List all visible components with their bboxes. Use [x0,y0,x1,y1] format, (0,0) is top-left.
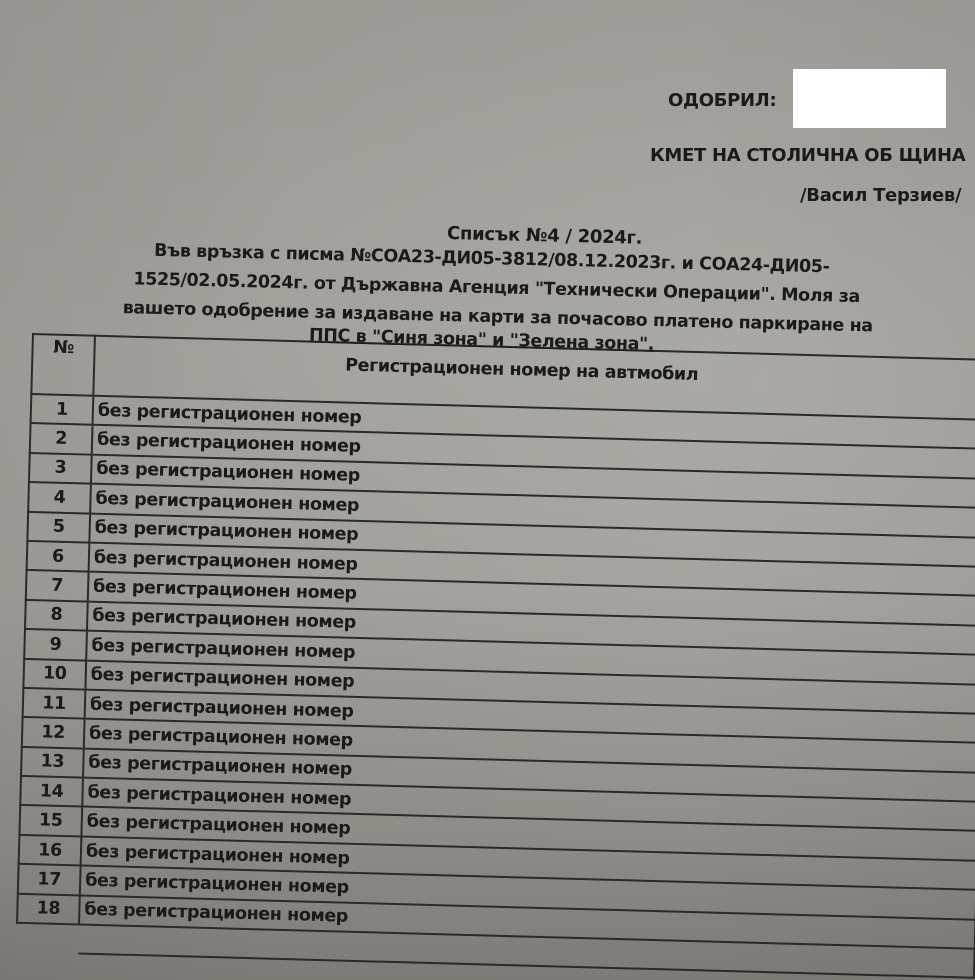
column-header-number: № [31,334,95,396]
row-number: 8 [25,600,88,631]
mayor-title: КМЕТ НА СТОЛИЧНА ОБ ЩИНА [650,145,965,166]
row-number: 3 [29,453,92,484]
row-number: 5 [27,512,90,543]
blank-cell [16,923,79,954]
row-number: 16 [19,835,82,866]
document-header-block: Списък №4 / 2024г. Във връзка с писма №С… [117,215,975,344]
vehicle-list-table-wrap: № ППС в "Синя зона" и "Зелена зона". Рег… [15,333,975,979]
row-number: 9 [24,629,87,660]
row-number: 2 [30,423,93,454]
row-number: 11 [23,688,86,719]
vehicle-list-table: № ППС в "Синя зона" и "Зелена зона". Рег… [15,333,975,979]
row-number: 10 [23,658,86,689]
mayor-name: /Васил Терзиев/ [800,185,961,206]
row-number: 18 [17,893,80,924]
row-number: 12 [22,717,85,748]
row-number: 15 [19,805,82,836]
row-number: 14 [20,776,83,807]
row-number: 13 [21,747,84,778]
row-number: 1 [31,394,94,425]
redacted-signature-box [793,69,946,128]
row-number: 6 [27,541,90,572]
table-body: 1без регистрационен номер2без регистраци… [16,394,975,978]
row-number: 7 [26,570,89,601]
row-number: 4 [28,482,91,513]
row-number: 17 [18,864,81,895]
approved-label: ОДОБРИЛ: [668,90,776,111]
column-header-registration-label: Регистрационен номер на автмобил [345,355,699,385]
